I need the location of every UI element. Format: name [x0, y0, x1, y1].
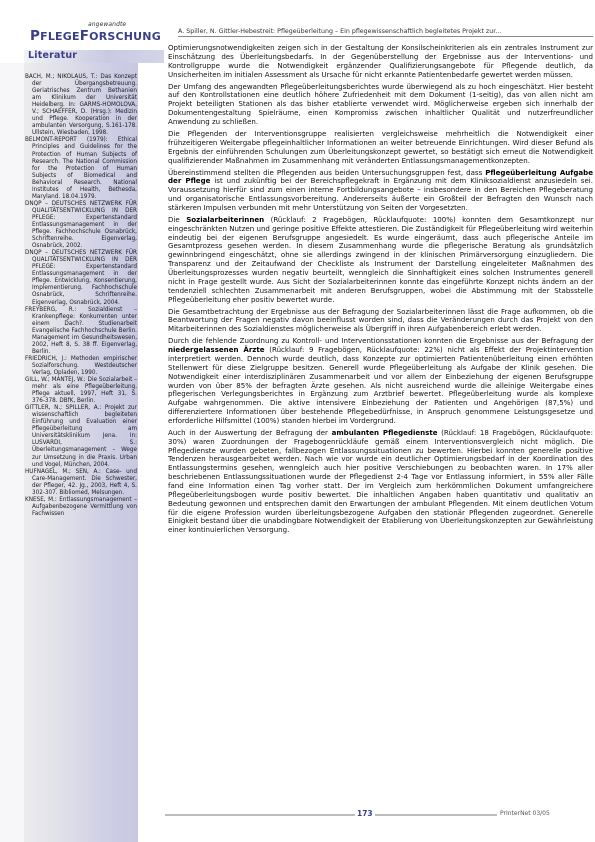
reference-item: FRIEDRICH, J.: Methoden empirischer Sozi… [25, 356, 137, 377]
reference-list: BACH, M.; NIKOLAUS, T.: Das Konzept der … [25, 74, 137, 518]
paragraph: Die Sozialarbeiterinnen (Rücklauf: 2 Fra… [168, 216, 593, 304]
reference-item: KNESE, M.: Entlassungsmanagement – Aufga… [25, 497, 137, 518]
section-heading: Literatur [28, 50, 77, 61]
paragraph: Die Gesamtbetrachtung der Ergebnisse aus… [168, 308, 593, 335]
section-heading-bar: Literatur [24, 50, 164, 63]
footer-rule [165, 814, 355, 816]
paragraph: Optimierungsnotwendigkeiten zeigen sich … [168, 44, 593, 79]
paragraph: Übereinstimmend stellten die Pflegenden … [168, 169, 593, 213]
emphasis: ambulanten Pflegedienste [332, 428, 438, 437]
emphasis: niedergelassenen Ärzte [168, 345, 265, 354]
reference-item: GILL, W.; MANTEJ, W.: Die Sozialarbeit –… [25, 377, 137, 405]
page-number: 173 [357, 809, 373, 818]
paragraph: Der Umfang des angewandten Pflegeüberlei… [168, 83, 593, 127]
running-head: A. Spiller, N. Gittler-Hebestreit: Pfleg… [178, 28, 593, 37]
reference-item: DNQP – DEUTSCHES NETZWERK FÜR QUALITÄTSE… [25, 201, 137, 250]
journal-issue: PrInterNet 03/05 [500, 810, 550, 817]
paragraph: Die Pflegenden der Interventionsgruppe r… [168, 130, 593, 165]
reference-item: HUFNAGEL, M.; SEN, A.: Case- und Care-Ma… [25, 469, 137, 497]
paragraph: Durch die fehlende Zuordnung zu Kontroll… [168, 337, 593, 425]
body-text: Optimierungsnotwendigkeiten zeigen sich … [168, 44, 593, 538]
reference-item: GITTLER, N.; SPILLER, A.: Projekt zur wi… [25, 405, 137, 468]
reference-item: BACH, M.; NIKOLAUS, T.: Das Konzept der … [25, 74, 137, 137]
journal-logo: PFLEGEFORSCHUNG [30, 28, 165, 44]
reference-item: BELMONT-REPORT (1979): Ethical Principle… [25, 137, 137, 200]
paragraph: Auch in der Auswertung der Befragung der… [168, 429, 593, 535]
journal-masthead: angewandte PFLEGEFORSCHUNG [30, 28, 165, 48]
reference-item: FREYBERG, R.: Sozialdienst – Krankenpfle… [25, 307, 137, 356]
reference-item: DNQP – DEUTSCHES NETZWERK FÜR QUALITÄTSE… [25, 250, 137, 306]
masthead-overline: angewandte [88, 21, 126, 28]
emphasis: Sozialarbeiterinnen [186, 215, 264, 224]
footer-rule [375, 814, 497, 816]
